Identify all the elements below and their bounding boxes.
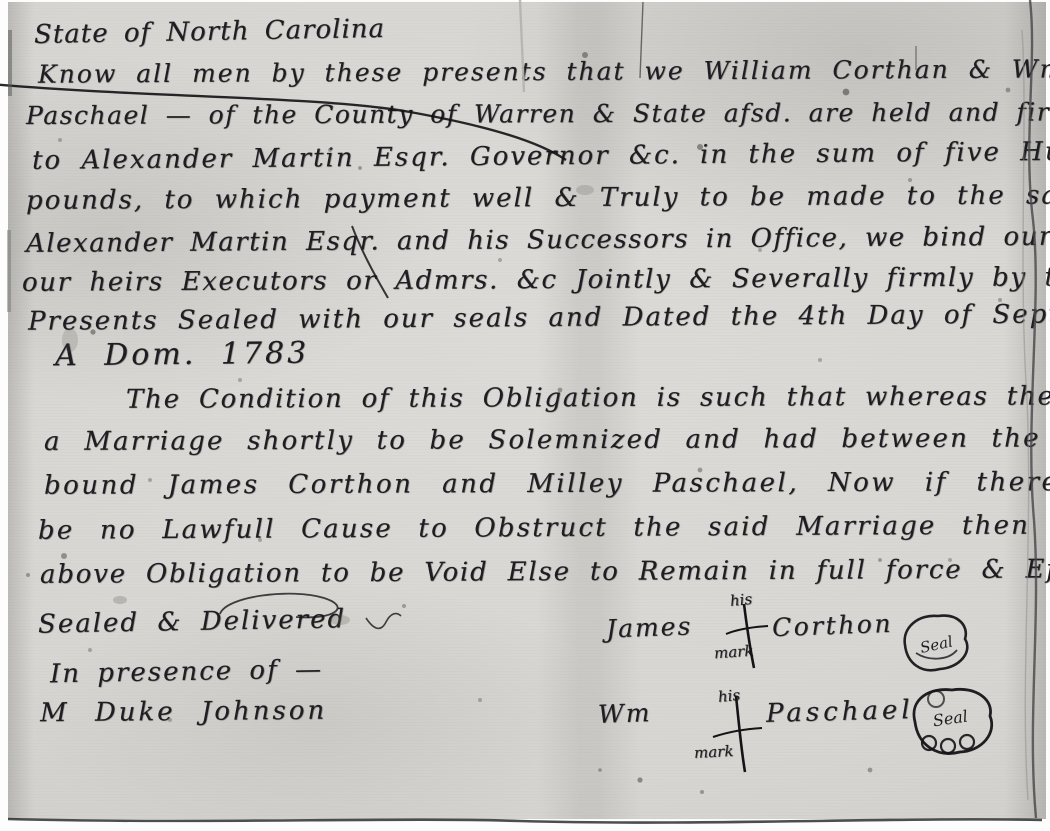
his-mark-label-bottom: mark — [713, 643, 753, 662]
doc-line: pounds, to which payment well & Truly to… — [26, 181, 1050, 215]
signer-given-name: Wm — [598, 699, 652, 728]
signer-given-name: James — [606, 613, 693, 643]
doc-line: The Condition of this Obligation is such… — [126, 382, 1050, 414]
doc-line: our heirs Executors or Admrs. &c Jointly… — [22, 263, 1050, 297]
doc-line: bound James Corthon and Milley Paschael,… — [44, 468, 1050, 500]
doc-line: be no Lawfull Cause to Obstruct the said… — [38, 511, 1050, 545]
doc-line: above Obligation to be Void Else to Rema… — [40, 555, 1050, 589]
in-presence-of-line: In presence of — — [50, 656, 323, 689]
doc-heading: State of North Carolina — [34, 15, 385, 50]
signer-surname: Paschael — [766, 696, 914, 728]
his-mark-label-top: his — [717, 687, 741, 706]
his-mark-label-bottom: mark — [694, 743, 734, 762]
bottom-paper-edge — [8, 819, 1042, 823]
document-scan: State of North Carolina Know all men by … — [0, 0, 1050, 831]
doc-line: Paschael — of the County of Warren & Sta… — [26, 98, 1050, 130]
doc-line: a Marriage shortly to be Solemnized and … — [44, 424, 1050, 456]
his-mark-label-top: his — [729, 591, 753, 610]
witness-signature: M Duke Johnson — [40, 697, 327, 728]
doc-date-line: A Dom. 1783 — [55, 337, 310, 373]
sealed-delivered-line: Sealed & Delivered — [38, 605, 347, 639]
doc-line: Know all men by these presents that we W… — [38, 55, 1050, 88]
signer-surname: Corthon — [772, 610, 894, 642]
